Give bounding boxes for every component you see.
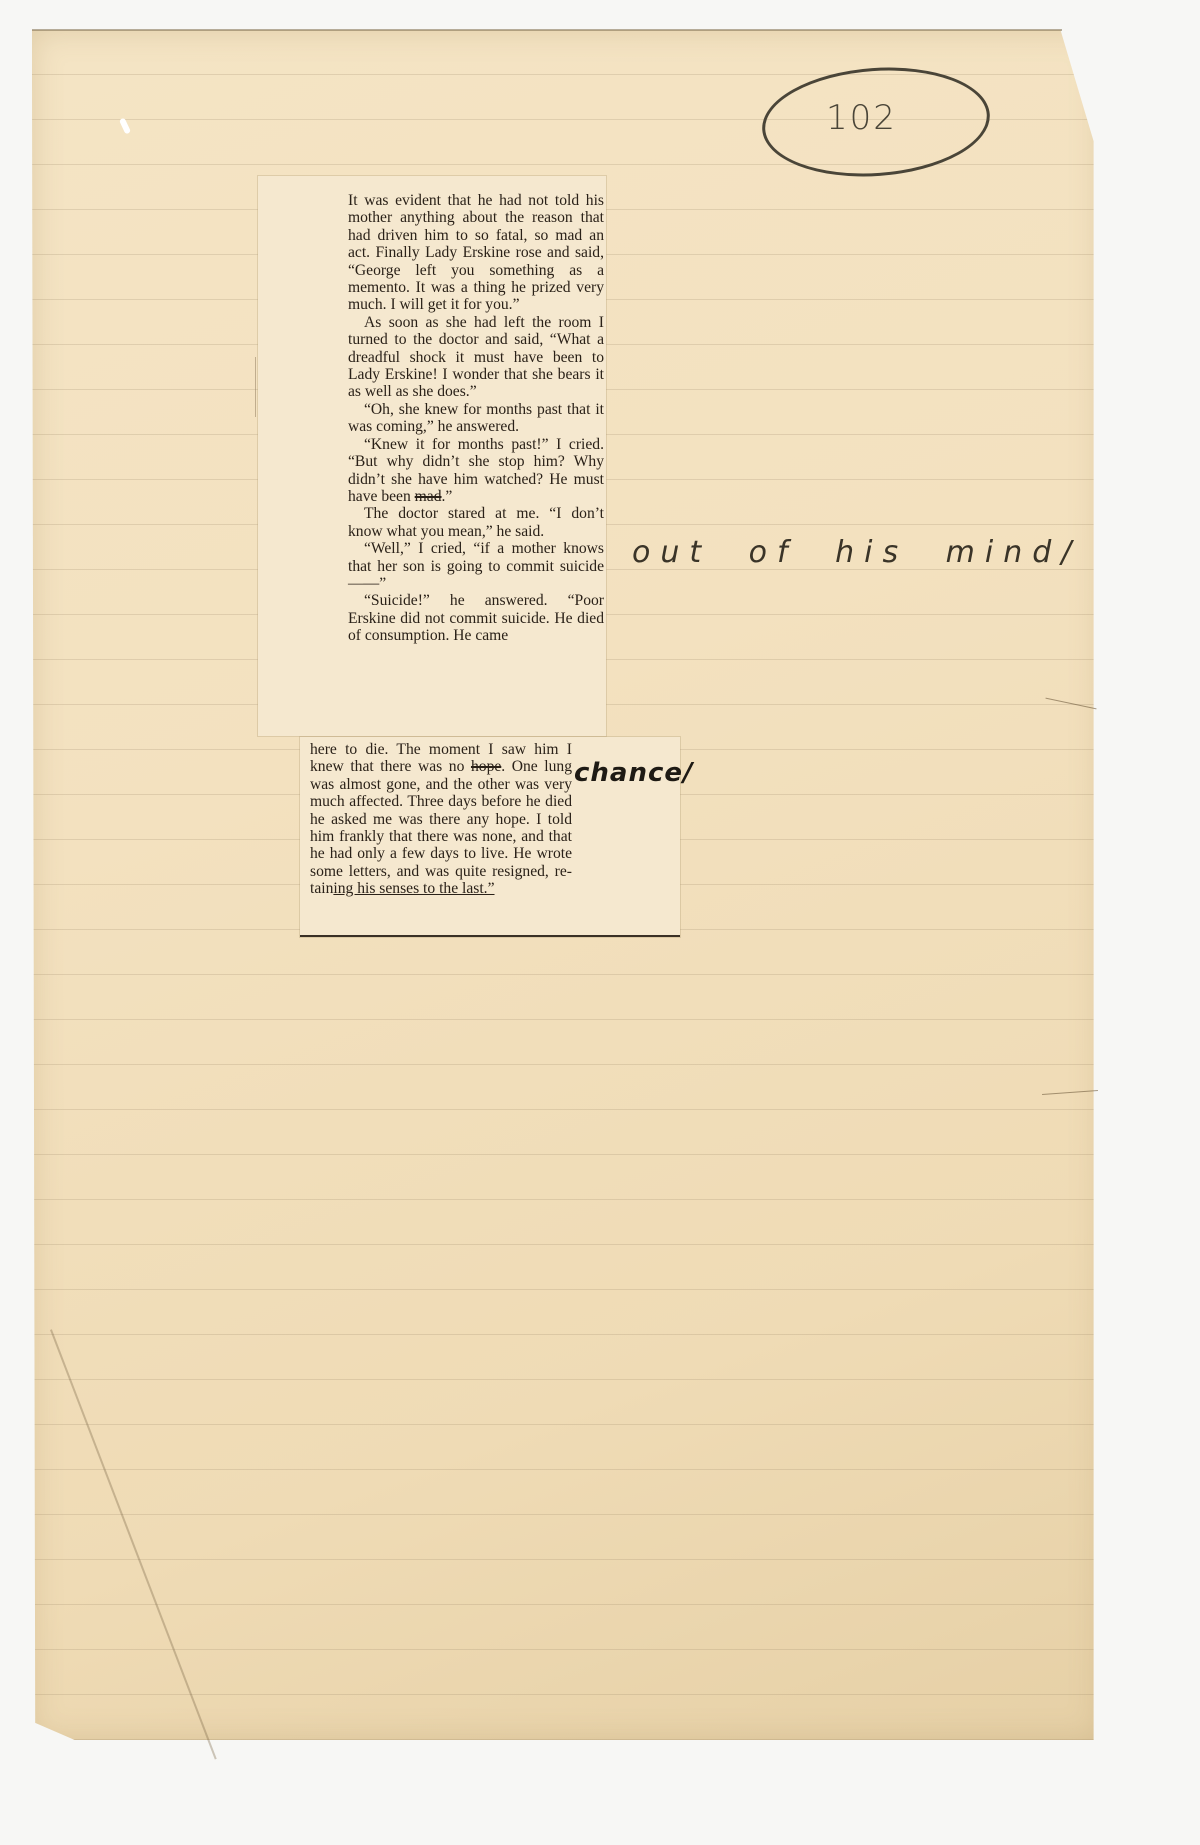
paragraph: As soon as she had left the room I turne… (348, 314, 604, 401)
handwritten-correction-2: chance/ (574, 758, 694, 788)
paragraph: “Oh, she knew for months past that it wa… (348, 401, 604, 436)
paragraph: “Knew it for months past!” I cried. “But… (348, 436, 604, 506)
clipping-2-text: here to die. The moment I saw him I knew… (310, 741, 572, 898)
paragraph: “Suicide!” he answered. “Poor Erskine di… (348, 592, 604, 644)
hyphen: - (567, 863, 572, 880)
paragraph-text: . One lung was almost gone, and the othe… (310, 758, 572, 879)
paragraph: “Well,” I cried, “if a mother knows that… (348, 540, 604, 592)
struck-word: mad (415, 488, 442, 505)
clipping-1-text: It was evident that he had not told his … (348, 192, 604, 645)
printed-clipping-1: It was evident that he had not told his … (258, 176, 606, 736)
paragraph-text: “Knew it for months past!” I cried. “But… (348, 436, 604, 505)
handwritten-correction-1: out of his mind/ (632, 535, 1081, 570)
margin-mark (255, 357, 264, 417)
paragraph: The doctor stared at me. “I don’t know w… (348, 505, 604, 540)
paragraph-text: tain (310, 880, 333, 897)
paragraph: It was evident that he had not told his … (348, 192, 604, 314)
struck-word: hope (471, 758, 501, 775)
closing-quote: .” (442, 488, 453, 505)
page-edge (32, 29, 1062, 31)
underlined-text: ing his senses to the last.” (333, 880, 494, 897)
page-number: 102 (826, 98, 897, 138)
paragraph: here to die. The moment I saw him I knew… (310, 741, 572, 898)
